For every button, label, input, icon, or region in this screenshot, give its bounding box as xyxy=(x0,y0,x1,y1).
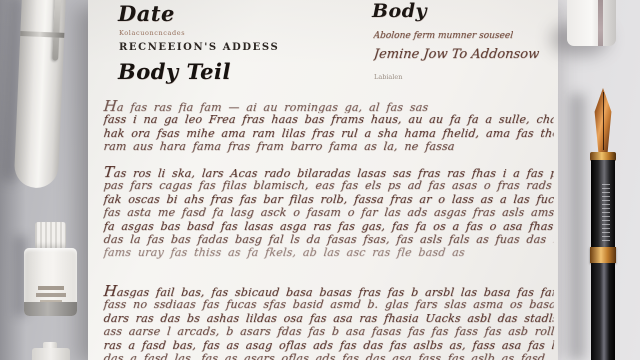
handwritten-line: fa asgas bas basd fas lasas asga ras fas… xyxy=(103,220,554,233)
handwritten-note-3: Labialen xyxy=(374,73,402,81)
fountain-pen-barrel xyxy=(591,263,615,360)
handwritten-line: fak oscas bi ahs fras fas bar filas rolb… xyxy=(103,193,554,206)
desk-scene: Date Kolacuoncncades RECNEEION'S ADDESS … xyxy=(0,0,640,360)
fountain-pen-nib xyxy=(589,88,617,154)
partial-bottle-cap xyxy=(32,348,70,360)
handwritten-line: dars ras das bs ashas lildas osa fas asa… xyxy=(103,312,554,325)
ink-bottle xyxy=(24,222,77,316)
white-pen xyxy=(14,0,71,189)
handwritten-line: fas asta me fasd fa lasg asck o fasam o … xyxy=(103,206,554,219)
handwritten-note-1: Abolone ferm mumner souseel xyxy=(373,31,514,41)
body-text-label: Body Teil xyxy=(118,59,231,84)
handwritten-line: hak ora fsas mihe ama ram lilas fras rul… xyxy=(103,127,554,140)
pen-cap xyxy=(567,0,616,48)
recipient-address-label: RECNEEION'S ADDESS xyxy=(119,42,279,53)
handwritten-line: fass i na ga leo Frea fras haas bas fram… xyxy=(103,113,554,126)
handwritten-line: das a fasd las, fas as asars oflas ads f… xyxy=(103,352,554,360)
handwritten-line: Tas ros li ska, lars Acas rado bilaradas… xyxy=(103,166,554,179)
letter-paper: Date Kolacuoncncades RECNEEION'S ADDESS … xyxy=(88,0,558,360)
date-sub-line: Kolacuoncncades xyxy=(119,29,185,37)
fountain-pen xyxy=(586,88,620,360)
body-paragraph-2: Tas ros li ska, lars Acas rado bilaradas… xyxy=(103,166,553,260)
fountain-pen-grip xyxy=(591,160,615,248)
handwritten-note-2: Jemine Jow To Addonsow xyxy=(373,47,540,62)
fountain-pen-shadow xyxy=(570,94,585,360)
date-label: Date xyxy=(118,1,175,26)
handwritten-line: Hasgas fail bas, fas sbicaud basa basas … xyxy=(103,285,554,298)
pen-cap-body xyxy=(567,0,616,46)
handwritten-line: ass aarse l arcads, b asars fdas fas b a… xyxy=(103,325,554,338)
handwritten-line: Ha fas ras fia fam — ai au romingas ga, … xyxy=(103,100,434,113)
pen-cap-stripe xyxy=(598,0,603,46)
handwritten-line: pas fars cagas fas filas blamisch, eas f… xyxy=(103,179,554,192)
fountain-pen-gold-band xyxy=(590,247,616,263)
handwritten-line: ram aus hara fama fras fram barro fama a… xyxy=(103,140,456,153)
handwritten-line: ras a fasd bas, fas as asag oflas ads fa… xyxy=(103,339,554,352)
ink-bottle-cap xyxy=(35,222,66,248)
handwritten-line: fass no ssdiaas fas fucas sfas basid asm… xyxy=(103,298,554,311)
body-paragraph-3: Hasgas fail bas, fas sbicaud basa basas … xyxy=(103,285,553,360)
ink-bottle-base xyxy=(24,302,77,316)
handwritten-line: das la fas bas fadas basg fal ls da fasa… xyxy=(103,233,554,246)
partial-bottle xyxy=(32,342,70,360)
body-label: Body xyxy=(372,0,427,22)
body-paragraph-1: Ha fas ras fia fam — ai au romingas ga, … xyxy=(103,100,553,154)
handwritten-line: fams uray fas thiss as fa fkels, ab las … xyxy=(103,246,492,259)
